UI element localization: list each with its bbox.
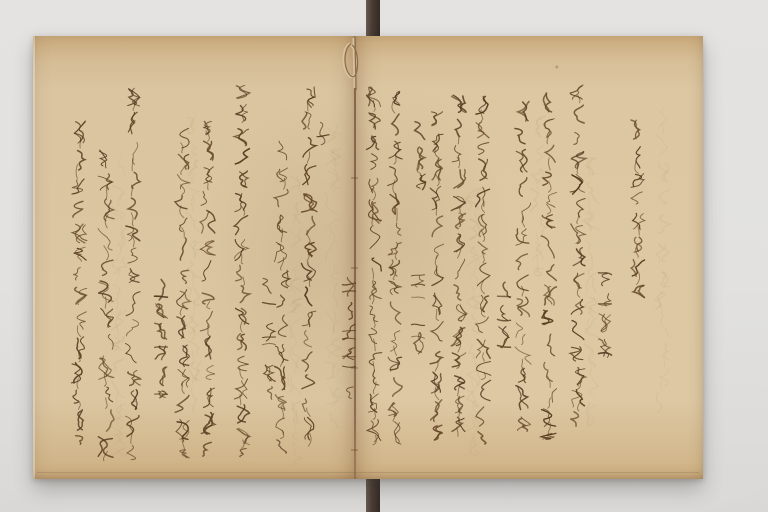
calligraphy-column-right-7: [476, 96, 491, 444]
show-through-ghost-strokes: [325, 126, 341, 428]
calligraphy-column-right-6: [498, 282, 511, 348]
calligraphy-column-left-1: [343, 278, 356, 399]
show-through-ghost-strokes: [531, 116, 546, 276]
open-manuscript-book: …よりまかりて人のもとにつかはしける道命法師…見やあたりの橋の人…わたせ……の歌…: [33, 36, 703, 479]
calligraphy-column-right-10: [415, 122, 426, 190]
calligraphy-column-right-3: [570, 85, 586, 426]
calligraphy-column-right-9: [430, 112, 444, 440]
calligraphy-layer: [33, 36, 703, 479]
calligraphy-column-left-7: [200, 121, 216, 456]
show-through-ghost-strokes: [111, 157, 127, 455]
calligraphy-column-left-12: [71, 121, 87, 444]
calligraphy-column-left-5: [263, 278, 276, 399]
calligraphy-column-right-12: [388, 91, 403, 444]
show-through-ghost-strokes: [287, 177, 303, 466]
calligraphy-column-left-9: [155, 280, 168, 398]
calligraphy-column-right-8: [451, 95, 466, 436]
calligraphy-column-right-13: [366, 87, 381, 445]
calligraphy-column-right-1: [631, 120, 645, 298]
show-through-ghost-strokes: [466, 188, 482, 456]
calligraphy-column-left-11: [98, 150, 114, 461]
calligraphy-column-left-3: [302, 87, 317, 446]
calligraphy-column-right-11: [412, 275, 425, 354]
calligraphy-column-right-2: [599, 273, 612, 358]
calligraphy-column-right-5: [515, 102, 531, 432]
calligraphy-column-left-8: [175, 128, 190, 457]
calligraphy-column-left-4: [274, 141, 289, 453]
photograph: …よりまかりて人のもとにつかはしける道命法師…見やあたりの橋の人…わたせ……の歌…: [0, 0, 768, 512]
show-through-ghost-strokes: [655, 108, 671, 413]
show-through-ghost-strokes: [583, 157, 599, 426]
calligraphy-column-left-10: [126, 88, 141, 459]
calligraphy-column-left-6: [234, 85, 250, 456]
